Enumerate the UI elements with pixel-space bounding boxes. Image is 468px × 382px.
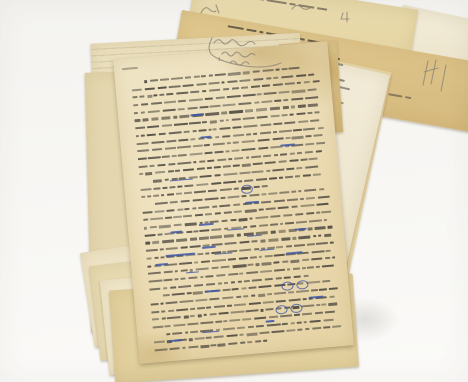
- page-main-typescript: 1.: [113, 41, 354, 364]
- photo-manuscript-stack: 1.: [0, 0, 468, 382]
- typed-body-text: [131, 64, 342, 356]
- page-number: 1.: [218, 57, 224, 63]
- header-left-mark: [122, 67, 138, 70]
